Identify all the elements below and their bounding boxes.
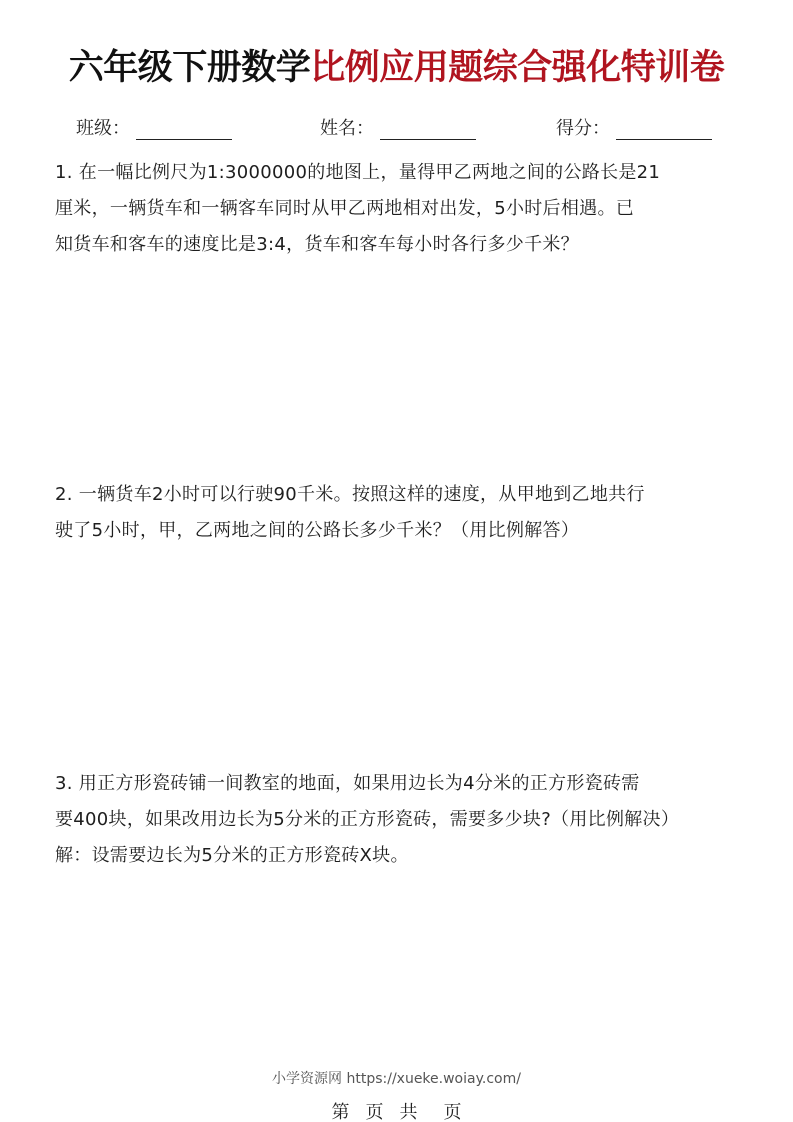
page-di: 第 xyxy=(332,1102,350,1122)
question-line: 厘米，一辆货车和一辆客车同时从甲乙两地相对出发，5小时后相遇。已 xyxy=(55,191,755,227)
question-line: 1. 在一幅比例尺为1:3000000的地图上，量得甲乙两地之间的公路长是21 xyxy=(55,155,755,191)
score-blank[interactable] xyxy=(616,121,712,140)
score-label: 得分： xyxy=(556,114,610,140)
question-line: 驶了5小时，甲，乙两地之间的公路长多少千米？（用比例解答） xyxy=(55,513,755,549)
class-field: 班级： xyxy=(76,114,232,140)
score-field: 得分： xyxy=(556,114,712,140)
document-title: 六年级下册数学比例应用题综合强化特训卷 xyxy=(0,44,793,92)
answer-setup-line: 解：设需要边长为5分米的正方形瓷砖X块。 xyxy=(55,838,755,874)
class-blank[interactable] xyxy=(136,121,232,140)
question-line: 知货车和客车的速度比是3:4，货车和客车每小时各行多少千米？ xyxy=(55,227,755,263)
page-ye: 页 xyxy=(366,1102,384,1122)
class-label: 班级： xyxy=(76,114,130,140)
question-2: 2. 一辆货车2小时可以行驶90千米。按照这样的速度，从甲地到乙地共行 驶了5小… xyxy=(55,477,755,549)
question-line: 2. 一辆货车2小时可以行驶90千米。按照这样的速度，从甲地到乙地共行 xyxy=(55,477,755,513)
question-line: 3. 用正方形瓷砖铺一间教室的地面，如果用边长为4分米的正方形瓷砖需 xyxy=(55,766,755,802)
question-1: 1. 在一幅比例尺为1:3000000的地图上，量得甲乙两地之间的公路长是21 … xyxy=(55,155,755,263)
question-3: 3. 用正方形瓷砖铺一间教室的地面，如果用边长为4分米的正方形瓷砖需 要400块… xyxy=(55,766,755,874)
name-blank[interactable] xyxy=(380,121,476,140)
page-ye-total: 页 xyxy=(444,1102,462,1122)
title-grade-part: 六年级下册数学 xyxy=(69,48,311,88)
footer-site-credit: 小学资源网 https://xueke.woiay.com/ xyxy=(0,1068,793,1088)
page-number: 第页共页 xyxy=(0,1098,793,1122)
name-label: 姓名： xyxy=(320,114,374,140)
page-gong: 共 xyxy=(400,1102,418,1122)
title-topic-part: 比例应用题综合强化特训卷 xyxy=(310,48,724,88)
question-line: 要400块，如果改用边长为5分米的正方形瓷砖，需要多少块?（用比例解决） xyxy=(55,802,755,838)
student-info-row: 班级： 姓名： 得分： xyxy=(0,114,793,140)
name-field: 姓名： xyxy=(320,114,476,140)
